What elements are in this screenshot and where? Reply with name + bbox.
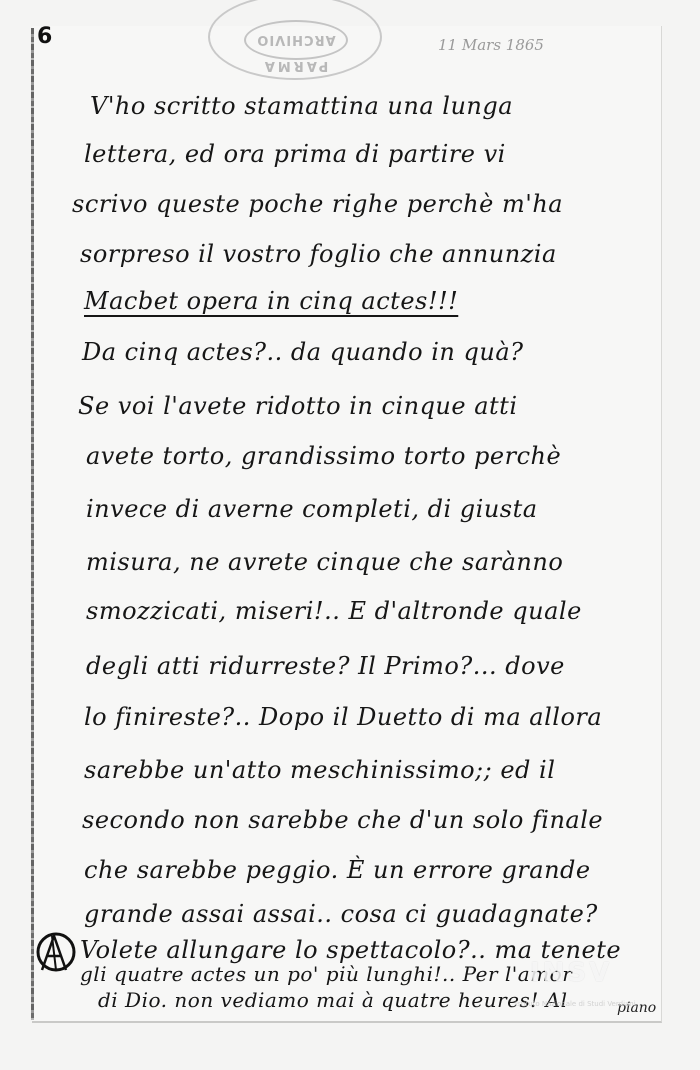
- letter-line: sarebbe un'atto meschinissimo;; ed il: [84, 756, 555, 784]
- watermark-subtext: Istituto Nazionale di Studi Verdiani: [515, 1000, 665, 1009]
- letter-line: gli quatre actes un po' più lunghi!.. Pe…: [80, 962, 572, 986]
- letter-line: che sarebbe peggio. È un errore grande: [84, 856, 591, 884]
- letter-line: lo finireste?.. Dopo il Duetto di ma all…: [84, 703, 602, 731]
- monogram-icon: [34, 930, 78, 974]
- letter-line: invece di averne completi, di giusta: [86, 495, 538, 523]
- watermark-logo: INSV: [530, 958, 612, 988]
- archive-stamp: ARCHIVIO PARMA: [208, 0, 382, 80]
- letter-line: sorpreso il vostro foglio che annunzia: [80, 240, 557, 268]
- letter-line: Da cinq actes?.. da quando in quà?: [82, 338, 524, 366]
- letter-line: secondo non sarebbe che d'un solo finale: [82, 806, 603, 834]
- letter-line: V'ho scritto stamattina una lunga: [90, 92, 513, 120]
- letter-line: di Dio. non vediamo mai à quatre heures!…: [98, 988, 568, 1012]
- stamp-inner-text: ARCHIVIO: [244, 20, 348, 60]
- page-binding-edge: [31, 28, 34, 1020]
- letter-line: scrivo queste poche righe perchè m'ha: [72, 190, 563, 218]
- letter-date: 11 Mars 1865: [438, 36, 544, 54]
- letter-line: smozzicati, miseri!.. E d'altronde quale: [86, 597, 582, 625]
- letter-line: Se voi l'avete ridotto in cinque atti: [78, 392, 518, 420]
- stamp-outer-text: PARMA: [210, 58, 380, 73]
- letter-line-underlined: Macbet opera in cinq actes!!!: [84, 287, 458, 315]
- letter-line: degli atti ridurreste? Il Primo?... dove: [86, 652, 565, 680]
- page-number: 6: [37, 24, 52, 49]
- letter-line: misura, ne avrete cinque che sarànno: [86, 548, 563, 576]
- letter-line: grande assai assai.. cosa ci guadagnate?: [84, 900, 598, 928]
- letter-line: avete torto, grandissimo torto perchè: [86, 442, 561, 470]
- letter-line: lettera, ed ora prima di partire vi: [84, 140, 506, 168]
